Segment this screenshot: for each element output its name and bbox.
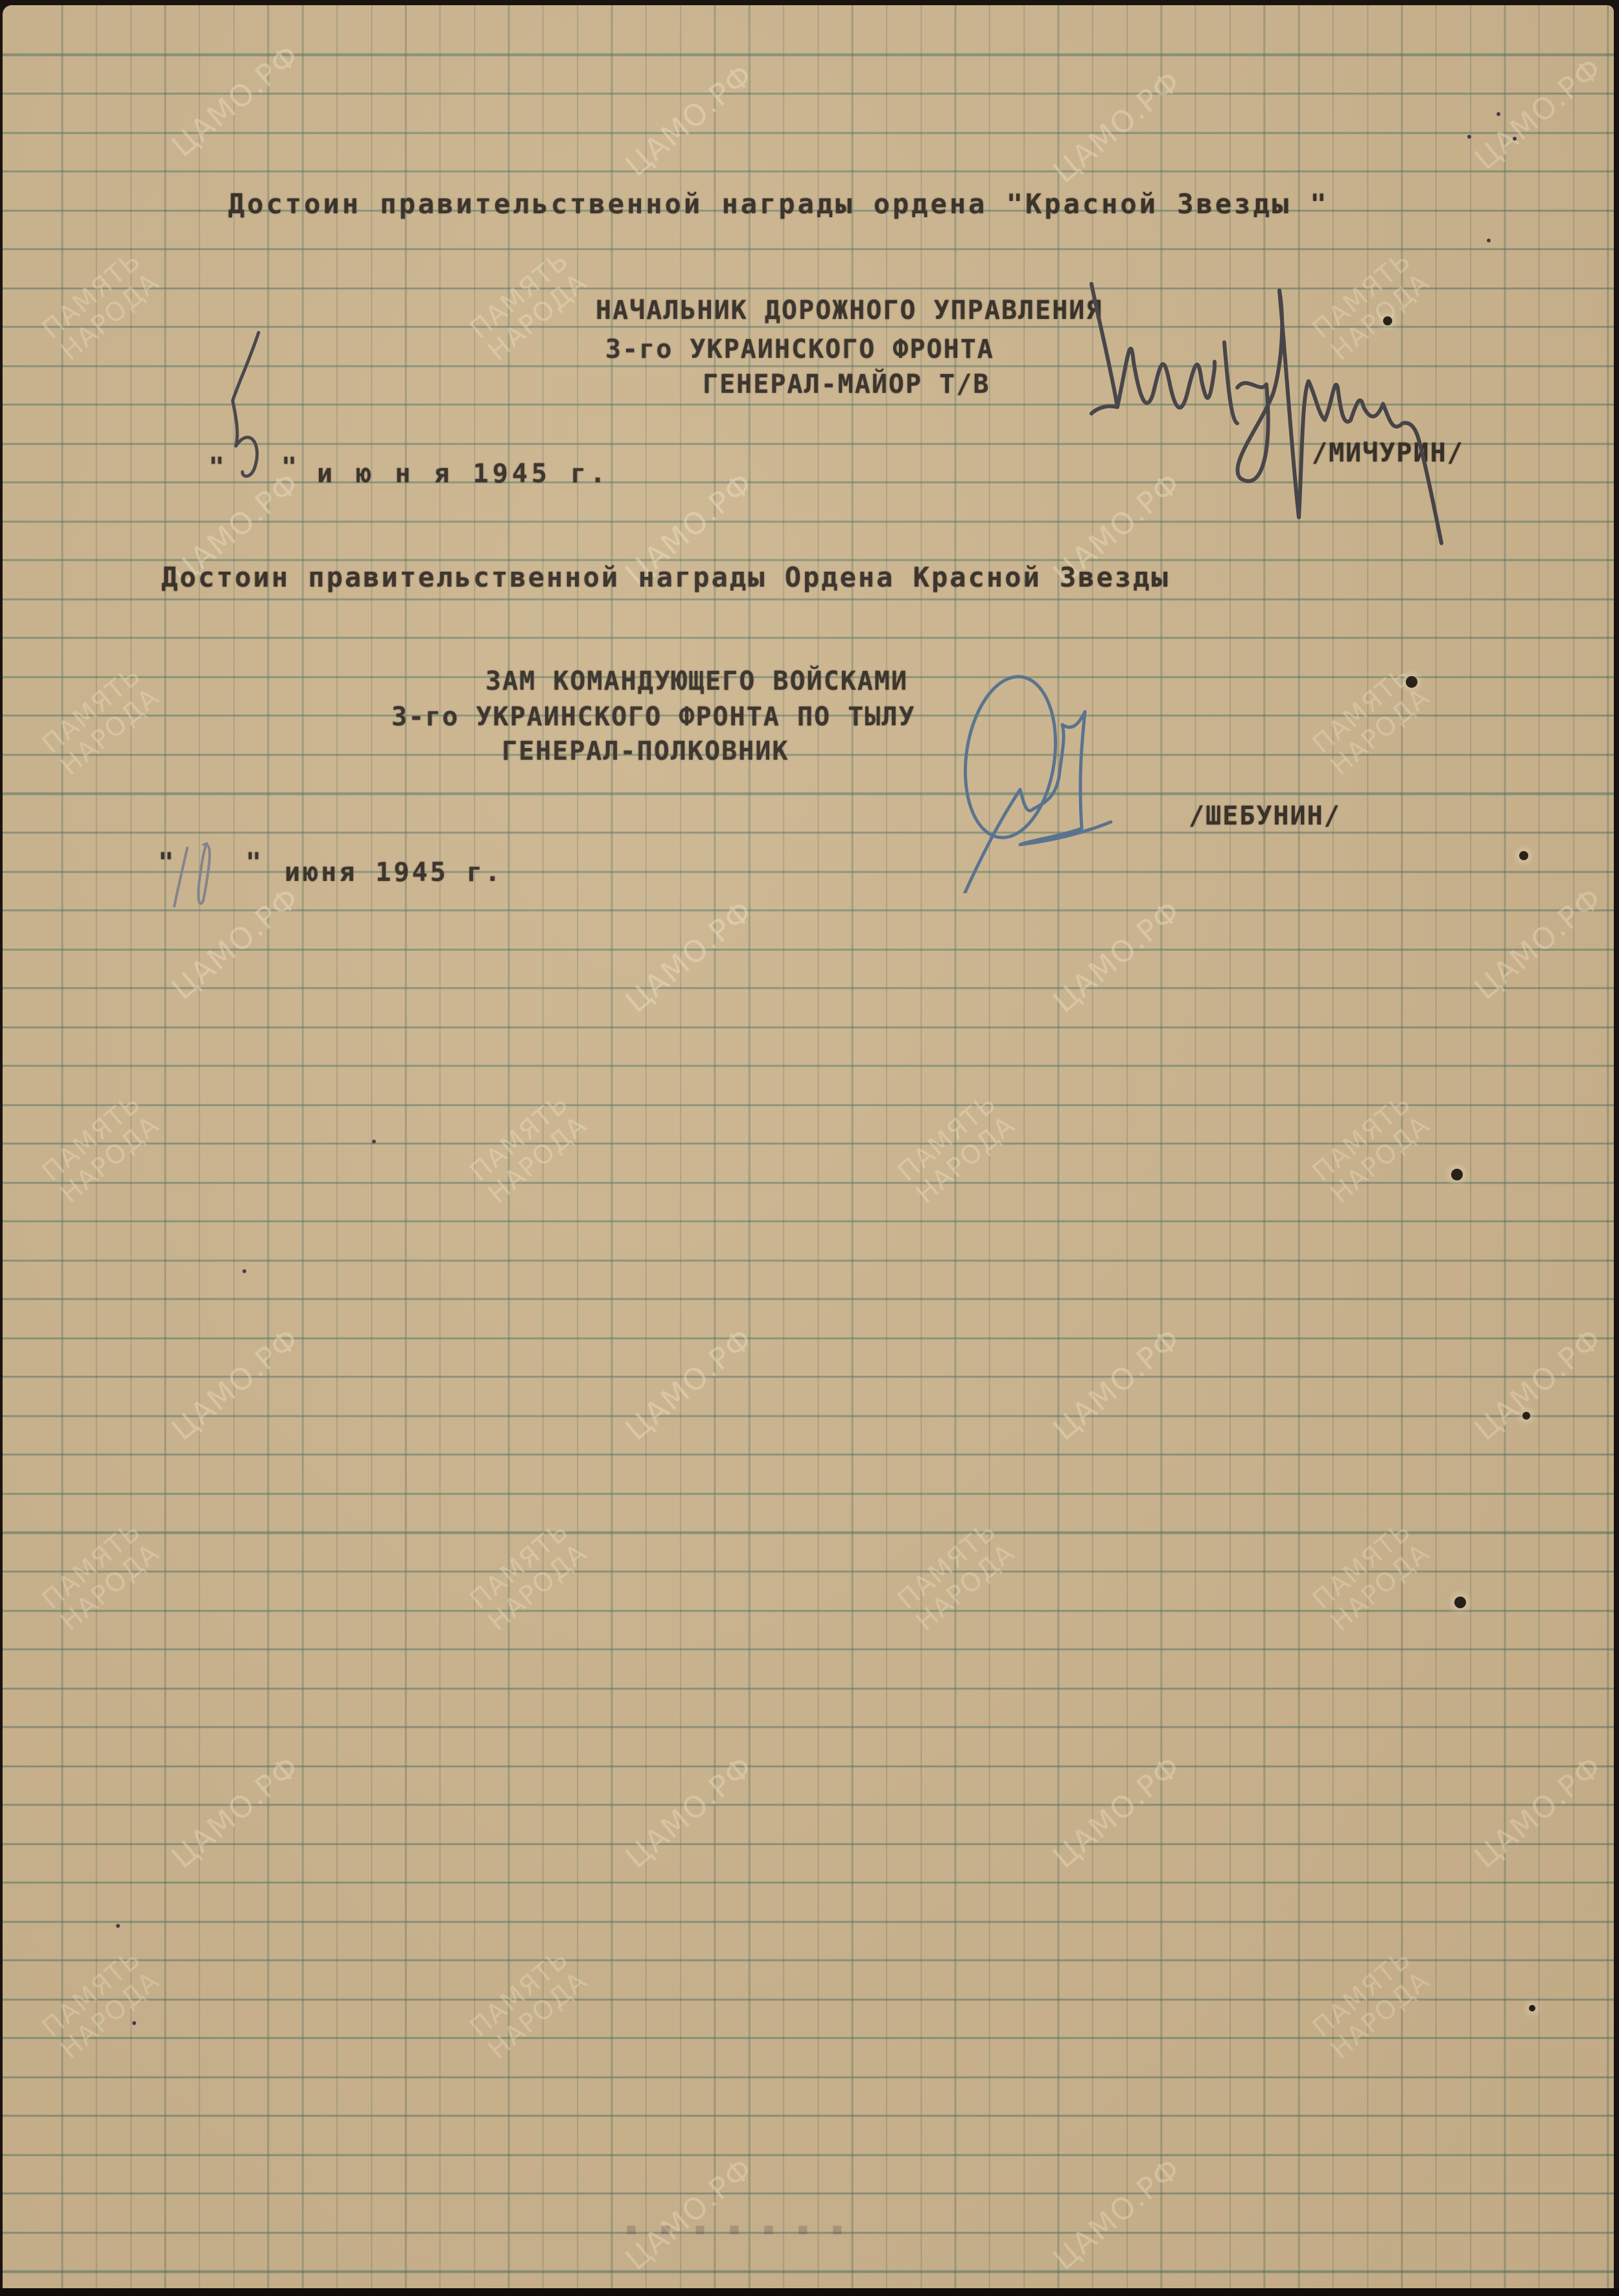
- handwritten-day-5: [213, 329, 272, 485]
- ink-speck: [1487, 239, 1491, 242]
- signatory-name: /ШЕБУНИН/: [1189, 801, 1341, 831]
- ink-speck: [132, 2021, 136, 2025]
- scanner-border: [0, 2288, 1619, 2296]
- signature-shebunin: [949, 647, 1208, 893]
- date-month-year: июня 1945 г.: [285, 858, 503, 887]
- watermark-project: ПАМЯТЬНАРОДА: [892, 1516, 1020, 1636]
- watermark-site: ЦАМО.РФ: [619, 56, 760, 183]
- punch-hole: [1406, 676, 1417, 688]
- punch-hole: [1451, 1169, 1463, 1180]
- position-line: ГЕНЕРАЛ-МАЙОР Т/В: [703, 369, 990, 399]
- ink-speck: [1467, 135, 1471, 139]
- date-close-quote: ": [281, 452, 299, 482]
- ink-speck: [372, 1140, 376, 1143]
- watermark-project: ПАМЯТЬНАРОДА: [465, 1088, 592, 1208]
- position-line: НАЧАЛЬНИК ДОРОЖНОГО УПРАВЛЕНИЯ: [596, 296, 1102, 325]
- punch-hole: [1529, 2005, 1535, 2011]
- watermark-project: ПАМЯТЬНАРОДА: [465, 1944, 592, 2064]
- watermark-site: ЦАМО.РФ: [1468, 1320, 1609, 1447]
- watermark-project: ПАМЯТЬНАРОДА: [1307, 1944, 1435, 2064]
- watermark-project: ПАМЯТЬНАРОДА: [37, 661, 165, 780]
- handwritten-day-18: [168, 838, 226, 909]
- watermark-project: ПАМЯТЬНАРОДА: [465, 246, 592, 366]
- watermark-site: ЦАМО.РФ: [619, 1320, 760, 1447]
- punch-hole: [1454, 1597, 1466, 1608]
- punch-hole: [1522, 1412, 1530, 1420]
- watermark-site: ЦАМО.РФ: [165, 1748, 307, 1875]
- signature-michurin: [1066, 264, 1532, 550]
- watermark-site: ЦАМО.РФ: [619, 1748, 760, 1875]
- watermark-project: ПАМЯТЬНАРОДА: [37, 1088, 165, 1208]
- watermark-project: ПАМЯТЬНАРОДА: [37, 246, 165, 366]
- ink-speck: [116, 1924, 120, 1928]
- award-recommendation-title: Достоин правительственной награды ордена…: [228, 188, 1329, 220]
- watermark-site: ЦАМО.РФ: [1047, 893, 1188, 1019]
- ink-speck: [1497, 112, 1500, 116]
- faint-bleed-through: ▪ ▪ ▪ ▪ ▪ ▪ ▪: [625, 2216, 848, 2242]
- watermark-site: ЦАМО.РФ: [1468, 50, 1609, 176]
- watermark-project: ПАМЯТЬНАРОДА: [465, 1516, 592, 1636]
- position-line: 3-го УКРАИНСКОГО ФРОНТА ПО ТЫЛУ: [391, 702, 916, 732]
- watermark-site: ЦАМО.РФ: [619, 2150, 760, 2277]
- position-line: ЗАМ КОМАНДУЮЩЕГО ВОЙСКАМИ: [485, 666, 908, 696]
- watermark-project: ПАМЯТЬНАРОДА: [892, 1088, 1020, 1208]
- watermark-site: ЦАМО.РФ: [1047, 63, 1188, 189]
- position-line: ГЕНЕРАЛ-ПОЛКОВНИК: [502, 736, 789, 766]
- ink-speck: [242, 1269, 246, 1273]
- date-close-quote: ": [246, 848, 264, 878]
- punch-hole: [1383, 316, 1392, 325]
- punch-hole: [1519, 851, 1528, 860]
- watermark-site: ЦАМО.РФ: [1047, 2150, 1188, 2277]
- watermark-project: ПАМЯТЬНАРОДА: [1307, 1088, 1435, 1208]
- watermark-site: ЦАМО.РФ: [1468, 1748, 1609, 1875]
- archival-document-page: ЦАМО.РФ ЦАМО.РФ ЦАМО.РФ ЦАМО.РФ ЦАМО.РФ …: [3, 5, 1614, 2290]
- watermark-site: ЦАМО.РФ: [1047, 1320, 1188, 1447]
- watermark-site: ЦАМО.РФ: [165, 37, 307, 163]
- date-month-year: и ю н я 1945 г.: [317, 459, 609, 489]
- watermark-site: ЦАМО.РФ: [1468, 880, 1609, 1006]
- award-recommendation-title: Достоин правительственной награды Ордена…: [161, 561, 1170, 593]
- watermark-site: ЦАМО.РФ: [619, 893, 760, 1019]
- watermark-site: ЦАМО.РФ: [165, 1320, 307, 1447]
- watermark-project: ПАМЯТЬНАРОДА: [1307, 1516, 1435, 1636]
- ink-speck: [1513, 137, 1517, 141]
- watermark-site: ЦАМО.РФ: [1047, 1748, 1188, 1875]
- watermark-project: ПАМЯТЬНАРОДА: [37, 1516, 165, 1636]
- position-line: 3-го УКРАИНСКОГО ФРОНТА: [605, 334, 994, 364]
- watermark-project: ПАМЯТЬНАРОДА: [37, 1944, 165, 2064]
